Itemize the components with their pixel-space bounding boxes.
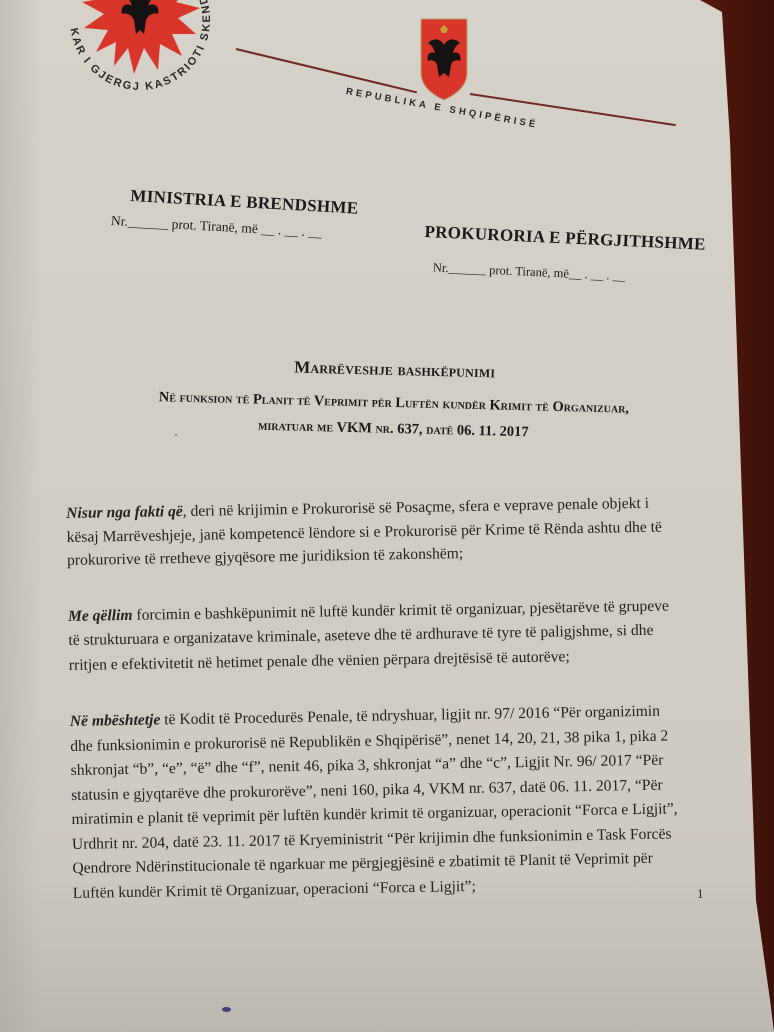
institution-ministry: MINISTRIA E BRENDSHME Nr.______ prot. Ti… [129,186,359,243]
paragraph-preamble-2: Me qëllim forcimin e bashkëpunimit në lu… [68,593,709,678]
document-body: Nisur nga fakti që, deri në krijimin e P… [66,491,714,938]
document-page: KAR I GJERGJ KASTRIOTI SKENDERBEUT - 20 … [0,0,774,1032]
ink-mark [222,1007,231,1012]
paragraph-lead: Në mbështetje [70,711,161,730]
protocol-reference: Nr.______ prot. Tiranë, më __ . __ . __ [111,213,358,243]
document-title-block: Marrëveshje bashkëpunimi Në funksion të … [93,353,695,450]
protocol-reference: Nr.______ prot. Tiranë, më__ . __ . __ [433,260,705,287]
paragraph-preamble-1: Nisur nga fakti që, deri në krijimin e P… [66,491,707,573]
document-title: Marrëveshje bashkëpunimi [95,353,695,388]
institution-prosecution: PROKURORIA E PËRGJITHSHME Nr.______ prot… [423,222,707,288]
institution-name: MINISTRIA E BRENDSHME [130,186,359,219]
academy-seal-logo: KAR I GJERGJ KASTRIOTI SKENDERBEUT - 20 [40,0,240,120]
paragraph-legal-basis: Në mbështetje të Kodit të Procedurës Pen… [70,699,713,906]
paragraph-lead: Nisur nga fakti që [66,503,183,522]
page-number: 1 [697,886,704,902]
paragraph-lead: Me qëllim [68,606,133,624]
header-rule-left [236,48,417,93]
institution-name: PROKURORIA E PËRGJITHSHME [424,222,706,255]
albania-coat-of-arms-icon [419,17,469,101]
